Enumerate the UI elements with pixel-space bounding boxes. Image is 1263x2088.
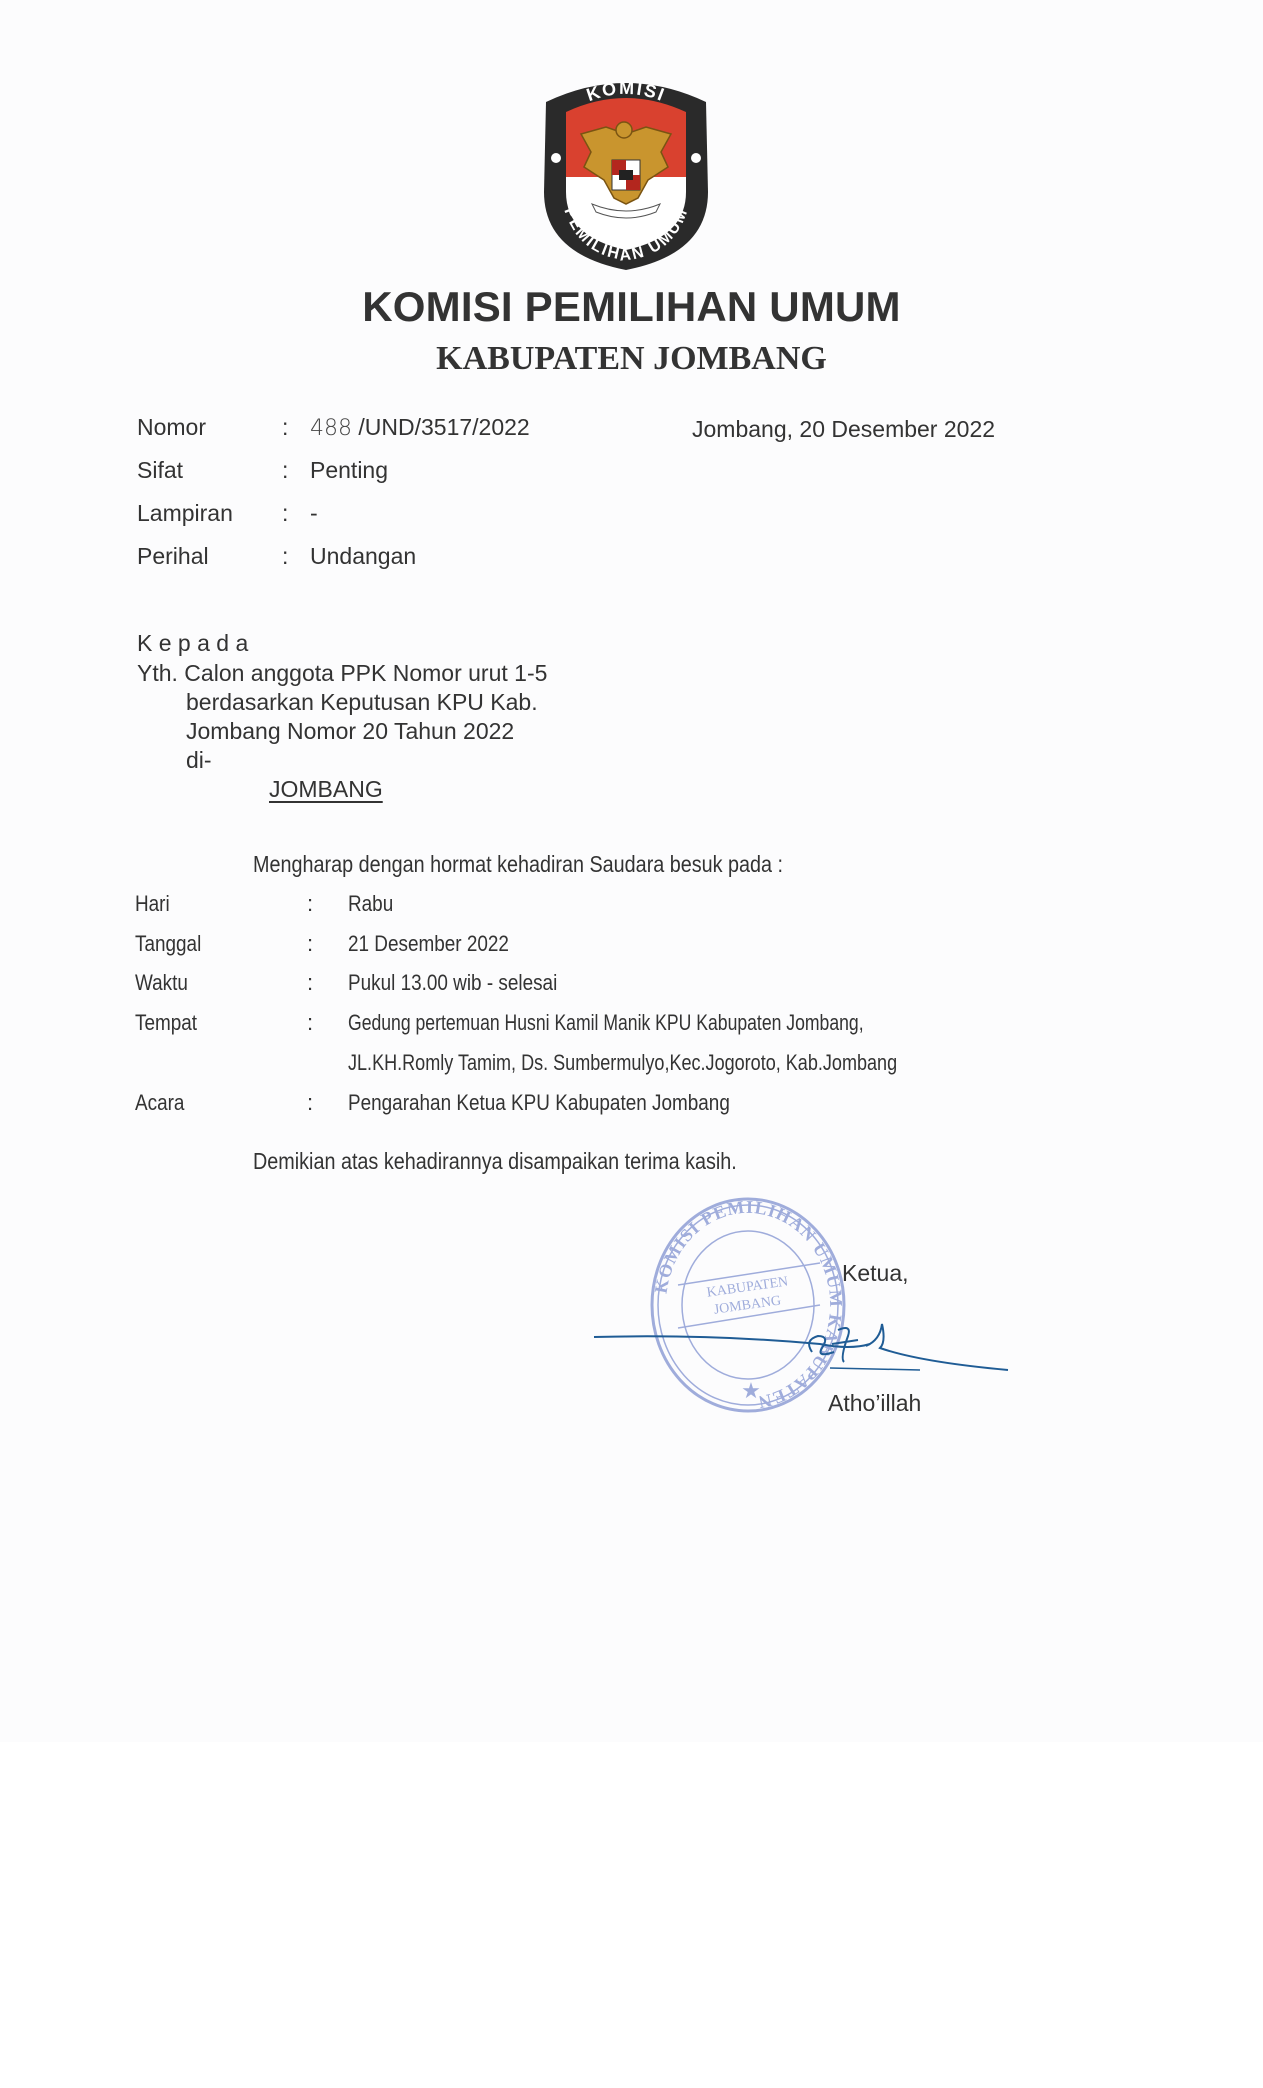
signatory-name: Atho’illah: [828, 1390, 921, 1417]
detail-label-waktu: Waktu: [135, 970, 188, 996]
meta-colon: :: [282, 500, 288, 527]
detail-label-tanggal: Tanggal: [135, 931, 201, 957]
detail-colon: :: [307, 970, 313, 996]
detail-colon: :: [307, 891, 313, 917]
detail-value-hari: Rabu: [348, 891, 393, 917]
detail-value-tempat: Gedung pertemuan Husni Kamil Manik KPU K…: [348, 1010, 864, 1036]
detail-colon: :: [307, 931, 313, 957]
recipient-line: Jombang Nomor 20 Tahun 2022: [186, 718, 514, 745]
handwritten-number: 488: [310, 416, 352, 441]
meta-value-nomor: 488 /UND/3517/2022: [310, 414, 530, 441]
meta-value-perihal: Undangan: [310, 543, 416, 570]
recipient-line: di-: [186, 747, 212, 774]
meta-label-lampiran: Lampiran: [137, 500, 233, 527]
meta-label-sifat: Sifat: [137, 457, 183, 484]
handwritten-signature: [590, 1300, 1010, 1380]
signatory-position: Ketua,: [842, 1260, 909, 1287]
detail-colon: :: [307, 1010, 313, 1036]
detail-colon: :: [307, 1090, 313, 1116]
recipient-city: JOMBANG: [269, 776, 383, 803]
meta-label-nomor: Nomor: [137, 414, 206, 441]
meta-label-perihal: Perihal: [137, 543, 209, 570]
meta-value-lampiran: -: [310, 500, 318, 527]
meta-colon: :: [282, 414, 288, 441]
agency-title: KOMISI PEMILIHAN UMUM: [0, 283, 1263, 331]
recipient-line: Yth. Calon anggota PPK Nomor urut 1-5: [137, 660, 547, 687]
detail-label-acara: Acara: [135, 1090, 184, 1116]
intro-text: Mengharap dengan hormat kehadiran Saudar…: [253, 851, 783, 878]
detail-label-tempat: Tempat: [135, 1010, 197, 1036]
detail-value-tempat-line2: JL.KH.Romly Tamim, Ds. Sumbermulyo,Kec.J…: [348, 1050, 897, 1076]
detail-value-waktu: Pukul 13.00 wib - selesai: [348, 970, 557, 996]
recipient-line: berdasarkan Keputusan KPU Kab.: [186, 689, 538, 716]
kepada-label: K e p a d a: [137, 630, 248, 657]
kpu-logo: KOMISI PEMILIHAN UMUM: [536, 72, 716, 272]
detail-value-acara: Pengarahan Ketua KPU Kabupaten Jombang: [348, 1090, 730, 1116]
star-icon: ★: [741, 1378, 761, 1403]
meta-value-sifat: Penting: [310, 457, 388, 484]
detail-value-tanggal: 21 Desember 2022: [348, 931, 509, 957]
closing-text: Demikian atas kehadirannya disampaikan t…: [253, 1148, 737, 1175]
place-date: Jombang, 20 Desember 2022: [692, 416, 995, 443]
detail-label-hari: Hari: [135, 891, 170, 917]
agency-subtitle: KABUPATEN JOMBANG: [0, 340, 1263, 378]
meta-colon: :: [282, 457, 288, 484]
meta-colon: :: [282, 543, 288, 570]
